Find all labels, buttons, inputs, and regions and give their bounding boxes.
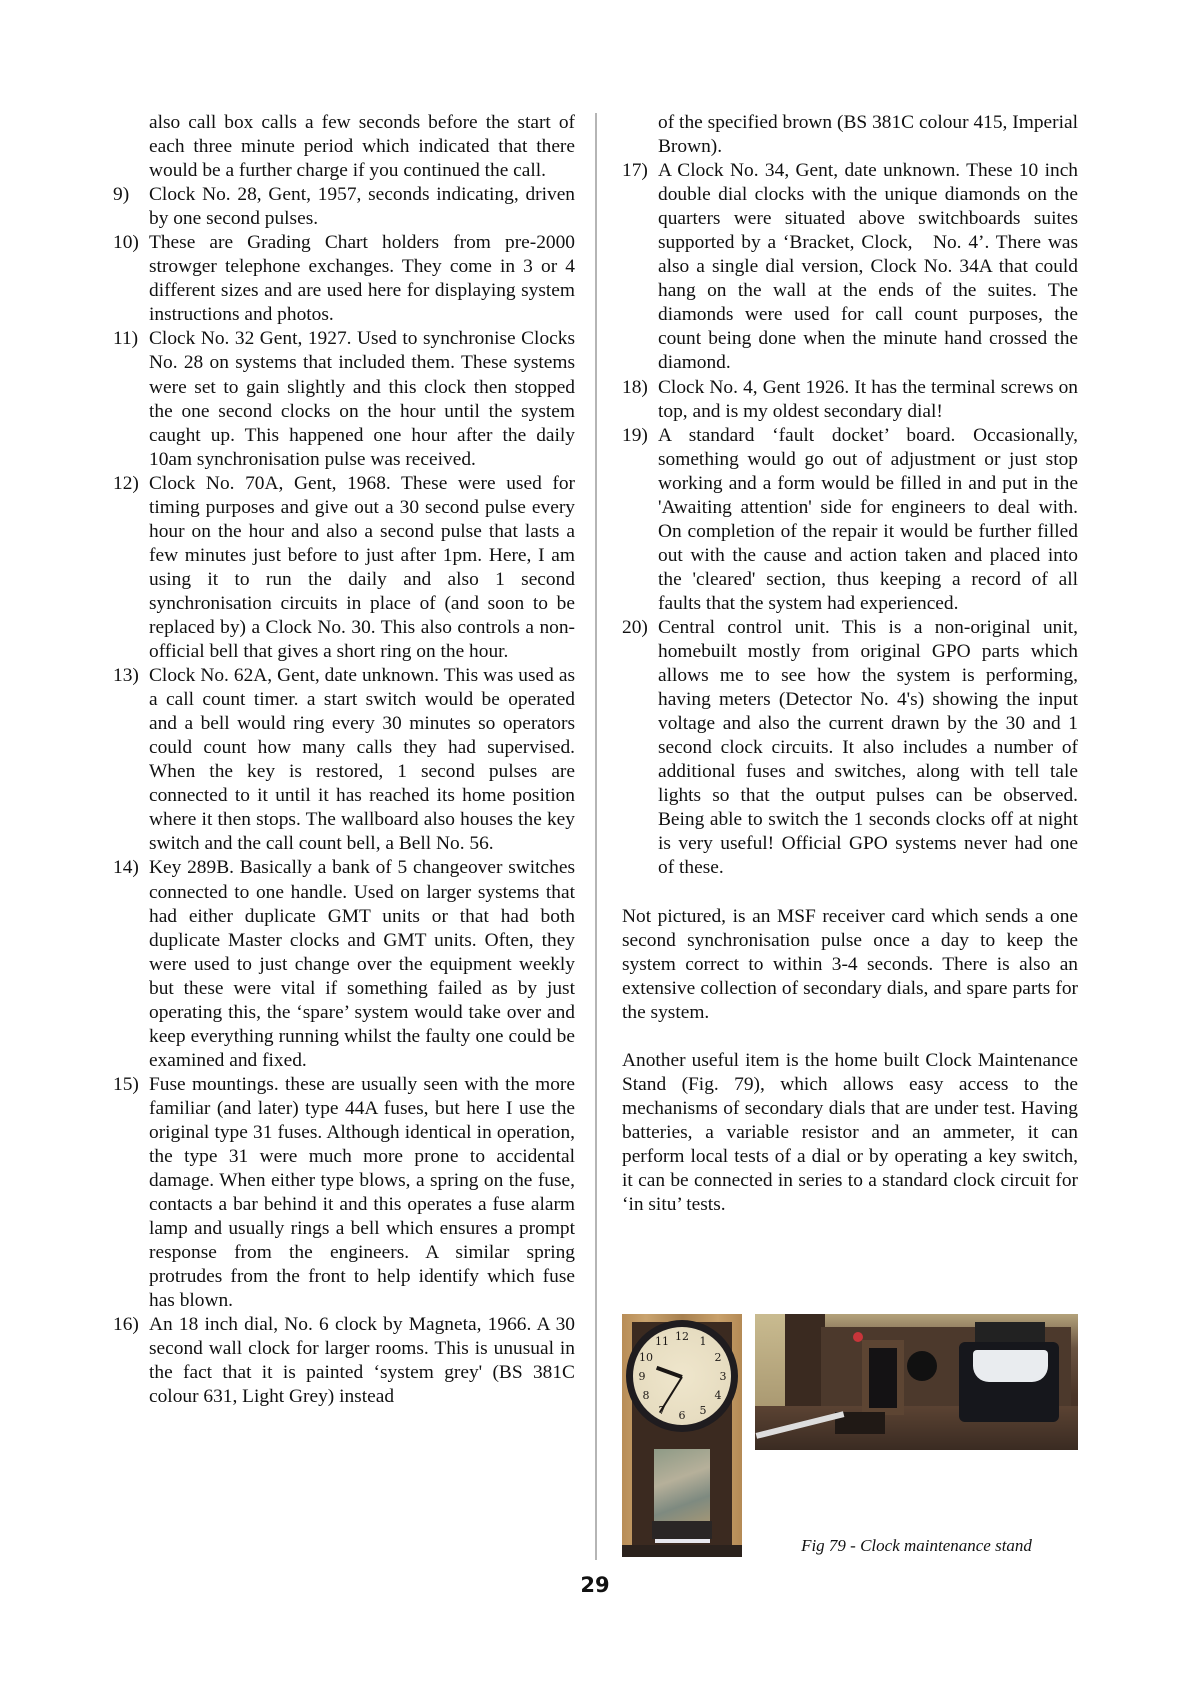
list-item: 14) Key 289B. Basically a bank of 5 chan… [113,856,575,1072]
hour-hand [656,1366,683,1379]
paragraph-gap [622,1025,1078,1049]
figure-caption: Fig 79 - Clock maintenance stand [755,1536,1078,1556]
item-number: 17) [622,159,658,375]
list-item: 15) Fuse mountings. these are usually se… [113,1073,575,1313]
clock-white-strip [655,1539,710,1543]
item-text: Clock No. 28, Gent, 1957, seconds indica… [149,183,575,231]
clock-base [622,1545,742,1557]
dial-numeral: 9 [635,1371,649,1383]
page-number: 29 [0,1573,1190,1597]
dial-numeral: 8 [639,1390,653,1402]
item-number: 19) [622,424,658,616]
list-item: 13) Clock No. 62A, Gent, date unknown. T… [113,664,575,856]
paragraph-msf: Not pictured, is an MSF receiver card wh… [622,905,1078,1025]
item-text: Clock No. 70A, Gent, 1968. These were us… [149,472,575,664]
item-number: 20) [622,616,658,881]
ammeter-dial [973,1350,1048,1382]
clock-pendulum-window [654,1449,710,1524]
item-text: Clock No. 4, Gent 1926. It has the termi… [658,376,1078,424]
dial-numeral: 2 [711,1352,725,1364]
wall-clock-photo: 12 1 2 3 4 5 6 7 8 9 10 11 [622,1314,742,1557]
item-number: 9) [113,183,149,231]
item-number: 14) [113,856,149,1072]
dial-numeral: 4 [711,1390,725,1402]
dial-numeral: 6 [675,1410,689,1422]
item-text: An 18 inch dial, No. 6 clock by Magneta,… [149,1313,575,1409]
list-item: 16) An 18 inch dial, No. 6 clock by Magn… [113,1313,575,1409]
dial-numeral: 10 [639,1352,653,1364]
list-item: 19) A standard ‘fault docket’ board. Occ… [622,424,1078,616]
item-number: 16) [113,1313,149,1409]
paragraph-gap [622,881,1078,905]
list-item: 10) These are Grading Chart holders from… [113,231,575,327]
variable-resistor-knob [907,1351,937,1381]
stand-post [785,1314,825,1414]
dial-numeral: 12 [675,1331,689,1343]
right-column: of the specified brown (BS 381C colour 4… [622,111,1078,1217]
item-text: These are Grading Chart holders from pre… [149,231,575,327]
clock-mechanism-plate [652,1521,712,1539]
item-number: 18) [622,376,658,424]
item-text: Key 289B. Basically a bank of 5 changeov… [149,856,575,1072]
column-divider [595,113,597,1560]
clock-face: 12 1 2 3 4 5 6 7 8 9 10 11 [633,1327,731,1425]
item-number: 10) [113,231,149,327]
dial-numeral: 5 [696,1405,710,1417]
continued-text: also call box calls a few seconds before… [113,111,575,183]
list-item: 11) Clock No. 32 Gent, 1927. Used to syn… [113,327,575,471]
continued-text: of the specified brown (BS 381C colour 4… [622,111,1078,159]
minute-hand [659,1376,683,1413]
item-text: Central control unit. This is a non-orig… [658,616,1078,881]
list-item: 18) Clock No. 4, Gent 1926. It has the t… [622,376,1078,424]
dial-numeral: 1 [696,1336,710,1348]
key-switch-plate [869,1348,897,1408]
dial-numeral: 3 [716,1371,730,1383]
list-item: 12) Clock No. 70A, Gent, 1968. These wer… [113,472,575,664]
item-number: 11) [113,327,149,471]
list-item: 17) A Clock No. 34, Gent, date unknown. … [622,159,1078,375]
item-text: Clock No. 62A, Gent, date unknown. This … [149,664,575,856]
list-item: 20) Central control unit. This is a non-… [622,616,1078,881]
item-text: Clock No. 32 Gent, 1927. Used to synchro… [149,327,575,471]
item-text: Fuse mountings. these are usually seen w… [149,1073,575,1313]
item-number: 13) [113,664,149,856]
item-number: 15) [113,1073,149,1313]
item-text: A Clock No. 34, Gent, date unknown. Thes… [658,159,1078,375]
item-text: A standard ‘fault docket’ board. Occasio… [658,424,1078,616]
dial-numeral: 11 [655,1336,669,1348]
maintenance-stand-photo [755,1314,1078,1450]
item-number: 12) [113,472,149,664]
left-column: also call box calls a few seconds before… [113,111,575,1410]
paragraph-maintenance-stand: Another useful item is the home built Cl… [622,1049,1078,1217]
list-item: 9) Clock No. 28, Gent, 1957, seconds ind… [113,183,575,231]
meter-terminals [975,1322,1045,1342]
